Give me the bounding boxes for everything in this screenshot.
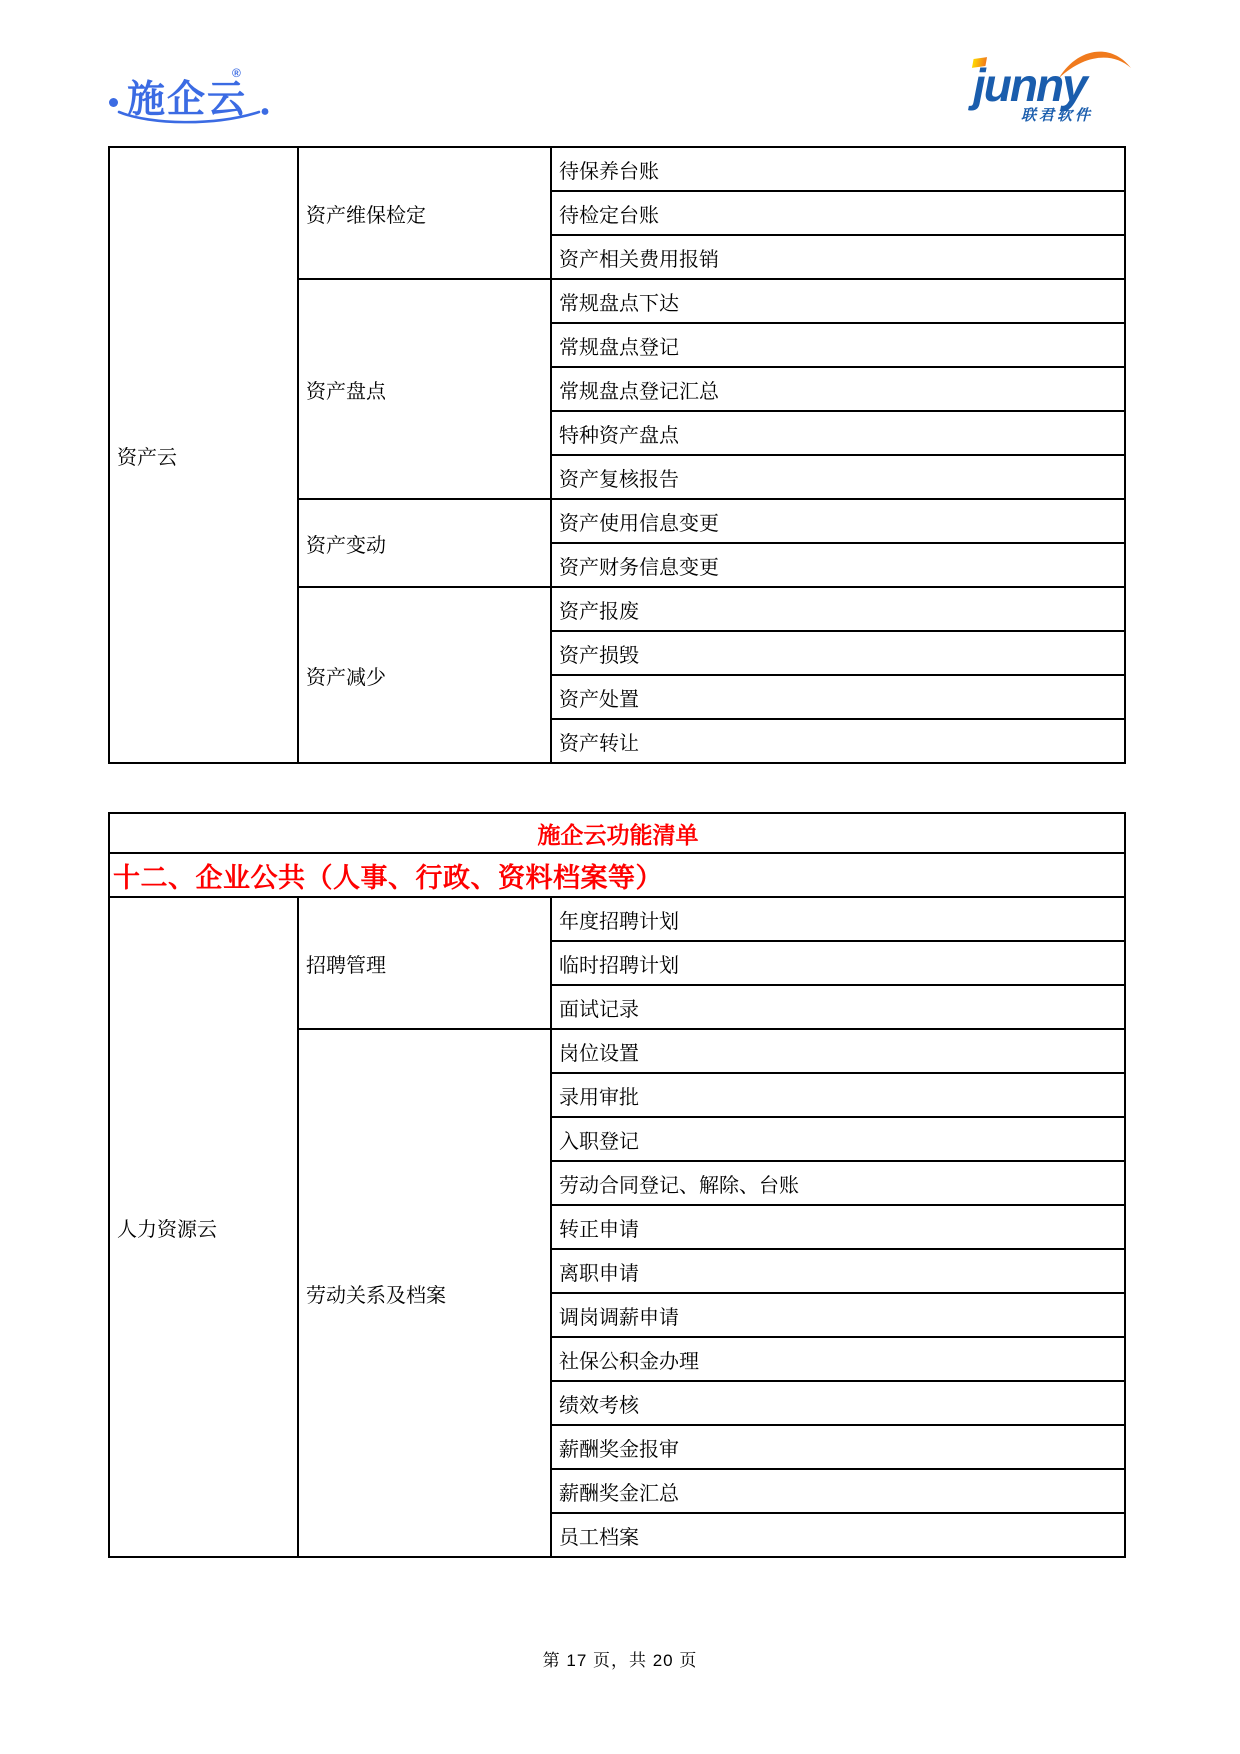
- category-cell: 资产维保检定: [298, 147, 551, 279]
- feature-item-cell: 资产处置: [551, 675, 1125, 719]
- feature-item-cell: 绩效考核: [551, 1381, 1125, 1425]
- feature-item-cell: 资产财务信息变更: [551, 543, 1125, 587]
- table-row: 人力资源云招聘管理年度招聘计划: [109, 897, 1125, 941]
- table-row: 资产云资产维保检定待保养台账: [109, 147, 1125, 191]
- feature-item-cell: 转正申请: [551, 1205, 1125, 1249]
- feature-item-cell: 调岗调薪申请: [551, 1293, 1125, 1337]
- feature-item-cell: 年度招聘计划: [551, 897, 1125, 941]
- junny-wordmark: junny: [973, 62, 1086, 108]
- feature-item-cell: 资产报废: [551, 587, 1125, 631]
- feature-item-cell: 资产使用信息变更: [551, 499, 1125, 543]
- feature-item-cell: 特种资产盘点: [551, 411, 1125, 455]
- feature-item-cell: 社保公积金办理: [551, 1337, 1125, 1381]
- feature-item-cell: 薪酬奖金报审: [551, 1425, 1125, 1469]
- feature-item-cell: 资产相关费用报销: [551, 235, 1125, 279]
- feature-item-cell: 录用审批: [551, 1073, 1125, 1117]
- feature-item-cell: 临时招聘计划: [551, 941, 1125, 985]
- feature-item-cell: 常规盘点下达: [551, 279, 1125, 323]
- function-list-title: 施企云功能清单: [109, 813, 1125, 853]
- page-number: 第 17 页，共 20 页: [0, 1646, 1240, 1671]
- junny-logo: junny 联君软件: [965, 58, 1135, 124]
- cloud-name-cell: 资产云: [109, 147, 298, 763]
- hr-cloud-function-table: 施企云功能清单十二、企业公共（人事、行政、资料档案等）人力资源云招聘管理年度招聘…: [108, 812, 1126, 1558]
- section-header: 十二、企业公共（人事、行政、资料档案等）: [109, 853, 1125, 897]
- feature-item-cell: 资产损毁: [551, 631, 1125, 675]
- feature-item-cell: 资产复核报告: [551, 455, 1125, 499]
- category-cell: 资产变动: [298, 499, 551, 587]
- asset-cloud-function-table: 资产云资产维保检定待保养台账待检定台账资产相关费用报销资产盘点常规盘点下达常规盘…: [108, 146, 1126, 764]
- feature-item-cell: 资产转让: [551, 719, 1125, 763]
- category-cell: 资产减少: [298, 587, 551, 763]
- feature-item-cell: 岗位设置: [551, 1029, 1125, 1073]
- feature-item-cell: 薪酬奖金汇总: [551, 1469, 1125, 1513]
- shiqiyun-logo: 施企云 ®: [95, 56, 275, 128]
- document-page: 施企云 ® junny 联君软件 资产云资产维保检定待保养台账待检定台账资产相关…: [0, 0, 1240, 1754]
- feature-item-cell: 入职登记: [551, 1117, 1125, 1161]
- section-header-row: 十二、企业公共（人事、行政、资料档案等）: [109, 853, 1125, 897]
- logo-dot-icon: [109, 98, 118, 107]
- feature-item-cell: 面试记录: [551, 985, 1125, 1029]
- logo-swoosh-icon: [117, 108, 269, 128]
- feature-item-cell: 待保养台账: [551, 147, 1125, 191]
- feature-item-cell: 常规盘点登记: [551, 323, 1125, 367]
- feature-item-cell: 离职申请: [551, 1249, 1125, 1293]
- registered-mark: ®: [232, 66, 241, 80]
- category-cell: 资产盘点: [298, 279, 551, 499]
- junny-company-name: 联君软件: [1021, 104, 1093, 125]
- feature-item-cell: 常规盘点登记汇总: [551, 367, 1125, 411]
- feature-item-cell: 员工档案: [551, 1513, 1125, 1557]
- function-list-title-row: 施企云功能清单: [109, 813, 1125, 853]
- category-cell: 劳动关系及档案: [298, 1029, 551, 1557]
- feature-item-cell: 劳动合同登记、解除、台账: [551, 1161, 1125, 1205]
- cloud-name-cell: 人力资源云: [109, 897, 298, 1557]
- category-cell: 招聘管理: [298, 897, 551, 1029]
- feature-item-cell: 待检定台账: [551, 191, 1125, 235]
